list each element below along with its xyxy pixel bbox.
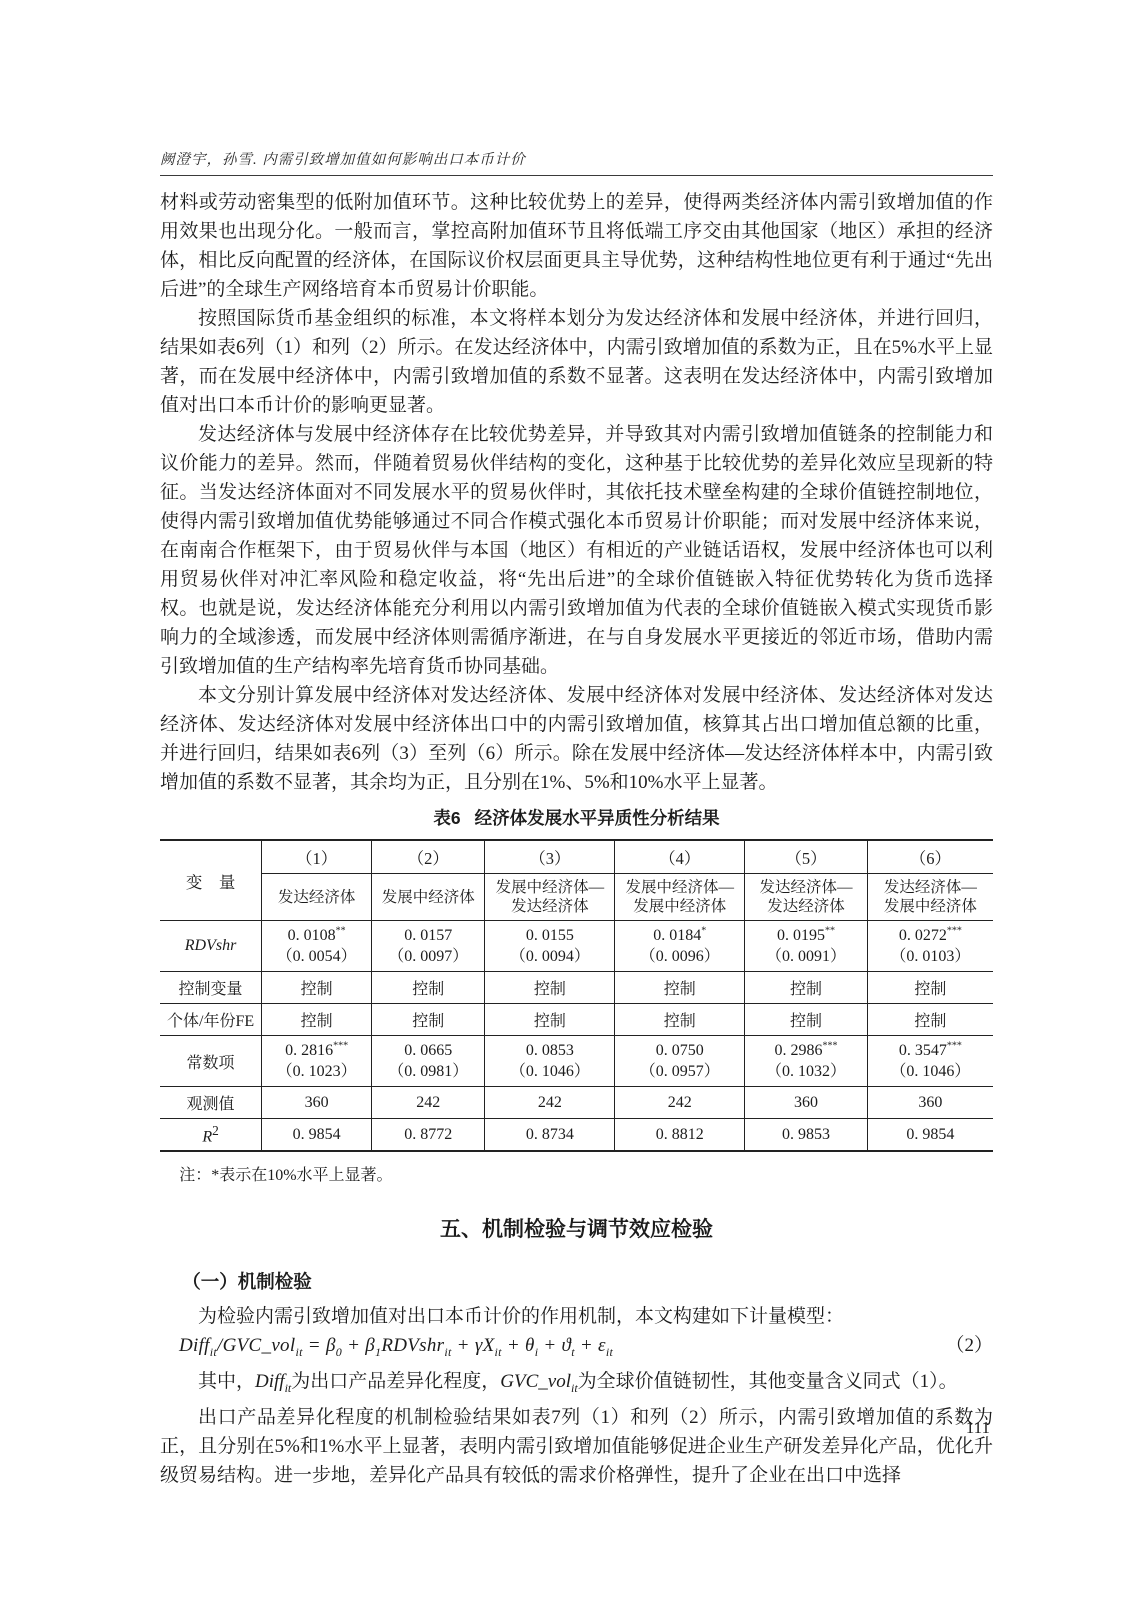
cell-obs-5: 360 bbox=[745, 1087, 867, 1119]
where-clause: 其中，Diffit为出口产品差异化程度，GVC_volit为全球价值链韧性，其他… bbox=[160, 1367, 993, 1403]
table6-col-4-label: 发展中经济体—发展中经济体 bbox=[615, 874, 745, 921]
table6-row-rdvshr: RDVshr 0. 0108**（0. 0054） 0. 0157（0. 009… bbox=[160, 921, 993, 972]
row-label-rdvshr: RDVshr bbox=[160, 921, 262, 972]
running-head: 阙澄宇，孙雪. 内需引致增加值如何影响出口本币计价 bbox=[160, 150, 993, 176]
cell-const-1: 0. 2816***（0. 1023） bbox=[262, 1036, 372, 1087]
table6-col-5-label: 发达经济体—发达经济体 bbox=[745, 874, 867, 921]
paragraph-3: 发达经济体与发展中经济体存在比较优势差异，并导致其对内需引致增加值链条的控制能力… bbox=[160, 420, 993, 681]
cell-const-3: 0. 0853（0. 1046） bbox=[485, 1036, 615, 1087]
cell-r2-5: 0. 9853 bbox=[745, 1119, 867, 1152]
running-head-text: 阙澄宇，孙雪. 内需引致增加值如何影响出口本币计价 bbox=[160, 152, 526, 168]
row-label-fe: 个体/年份FE bbox=[160, 1004, 262, 1036]
equation-2-expression: Diffit/GVC_volit = β0 + β1RDVshrit + γXi… bbox=[160, 1331, 613, 1367]
table6-row-controls: 控制变量 控制 控制 控制 控制 控制 控制 bbox=[160, 972, 993, 1004]
cell-fe-6: 控制 bbox=[867, 1004, 993, 1036]
cell-rdvshr-2: 0. 0157（0. 0097） bbox=[372, 921, 485, 972]
cell-obs-2: 242 bbox=[372, 1087, 485, 1119]
table6-col-6-num: （6） bbox=[867, 840, 993, 874]
row-label-controls: 控制变量 bbox=[160, 972, 262, 1004]
cell-ctrl-5: 控制 bbox=[745, 972, 867, 1004]
cell-fe-2: 控制 bbox=[372, 1004, 485, 1036]
page-content: 阙澄宇，孙雪. 内需引致增加值如何影响出口本币计价 材料或劳动密集型的低附加值环… bbox=[0, 0, 1140, 1490]
cell-obs-3: 242 bbox=[485, 1087, 615, 1119]
row-label-r2: R2 bbox=[160, 1119, 262, 1152]
cell-rdvshr-3: 0. 0155（0. 0094） bbox=[485, 921, 615, 972]
table6-header-row-1: 变 量 （1） （2） （3） （4） （5） （6） bbox=[160, 840, 993, 874]
table6-row-r2: R2 0. 9854 0. 8772 0. 8734 0. 8812 0. 98… bbox=[160, 1119, 993, 1152]
table6-title-text: 经济体发展水平异质性分析结果 bbox=[475, 808, 720, 828]
table6-col-1-num: （1） bbox=[262, 840, 372, 874]
cell-r2-4: 0. 8812 bbox=[615, 1119, 745, 1152]
cell-r2-3: 0. 8734 bbox=[485, 1119, 615, 1152]
row-label-observations: 观测值 bbox=[160, 1087, 262, 1119]
final-paragraph: 出口产品差异化程度的机制检验结果如表7列（1）和列（2）所示，内需引致增加值的系… bbox=[160, 1403, 993, 1490]
table6-header-row-2: 发达经济体 发展中经济体 发展中经济体—发达经济体 发展中经济体—发展中经济体 … bbox=[160, 874, 993, 921]
table6-var-header: 变 量 bbox=[160, 840, 262, 921]
journal-page: 阙澄宇，孙雪. 内需引致增加值如何影响出口本币计价 材料或劳动密集型的低附加值环… bbox=[0, 0, 1140, 1600]
cell-fe-4: 控制 bbox=[615, 1004, 745, 1036]
cell-obs-4: 242 bbox=[615, 1087, 745, 1119]
table6-col-3-num: （3） bbox=[485, 840, 615, 874]
cell-ctrl-6: 控制 bbox=[867, 972, 993, 1004]
cell-const-5: 0. 2986***（0. 1032） bbox=[745, 1036, 867, 1087]
page-number: 111 bbox=[966, 1418, 990, 1438]
paragraph-2: 按照国际货币基金组织的标准，本文将样本划分为发达经济体和发展中经济体，并进行回归… bbox=[160, 304, 993, 420]
table6-note: 注：*表示在10%水平上显著。 bbox=[160, 1162, 993, 1185]
table6-col-2-label: 发展中经济体 bbox=[372, 874, 485, 921]
table6: 变 量 （1） （2） （3） （4） （5） （6） 发达经济体 发展中经济体… bbox=[160, 839, 993, 1152]
equation-2: Diffit/GVC_volit = β0 + β1RDVshrit + γXi… bbox=[160, 1331, 993, 1367]
equation-2-number: （2） bbox=[945, 1331, 993, 1361]
paragraph-4: 本文分别计算发展中经济体对发达经济体、发展中经济体对发展中经济体、发达经济体对发… bbox=[160, 681, 993, 797]
cell-const-4: 0. 0750（0. 0957） bbox=[615, 1036, 745, 1087]
table6-row-constant: 常数项 0. 2816***（0. 1023） 0. 0665（0. 0981）… bbox=[160, 1036, 993, 1087]
cell-const-2: 0. 0665（0. 0981） bbox=[372, 1036, 485, 1087]
table6-number: 表6 bbox=[433, 808, 460, 828]
cell-ctrl-1: 控制 bbox=[262, 972, 372, 1004]
cell-rdvshr-4: 0. 0184*（0. 0096） bbox=[615, 921, 745, 972]
cell-fe-1: 控制 bbox=[262, 1004, 372, 1036]
table6-col-5-num: （5） bbox=[745, 840, 867, 874]
cell-ctrl-2: 控制 bbox=[372, 972, 485, 1004]
cell-ctrl-4: 控制 bbox=[615, 972, 745, 1004]
table6-col-3-label: 发展中经济体—发达经济体 bbox=[485, 874, 615, 921]
table6-col-6-label: 发达经济体—发展中经济体 bbox=[867, 874, 993, 921]
cell-rdvshr-6: 0. 0272***（0. 0103） bbox=[867, 921, 993, 972]
section-5-heading: 五、机制检验与调节效应检验 bbox=[160, 1213, 993, 1243]
cell-fe-3: 控制 bbox=[485, 1004, 615, 1036]
cell-r2-1: 0. 9854 bbox=[262, 1119, 372, 1152]
paragraph-1: 材料或劳动密集型的低附加值环节。这种比较优势上的差异，使得两类经济体内需引致增加… bbox=[160, 188, 993, 304]
cell-ctrl-3: 控制 bbox=[485, 972, 615, 1004]
table6-row-fe: 个体/年份FE 控制 控制 控制 控制 控制 控制 bbox=[160, 1004, 993, 1036]
table6-row-observations: 观测值 360 242 242 242 360 360 bbox=[160, 1087, 993, 1119]
table6-col-2-num: （2） bbox=[372, 840, 485, 874]
cell-obs-1: 360 bbox=[262, 1087, 372, 1119]
row-label-constant: 常数项 bbox=[160, 1036, 262, 1087]
table6-col-4-num: （4） bbox=[615, 840, 745, 874]
table6-title: 表6经济体发展水平异质性分析结果 bbox=[160, 805, 993, 830]
cell-r2-6: 0. 9854 bbox=[867, 1119, 993, 1152]
cell-fe-5: 控制 bbox=[745, 1004, 867, 1036]
subsection-1-heading: （一）机制检验 bbox=[160, 1267, 993, 1296]
cell-const-6: 0. 3547***（0. 1046） bbox=[867, 1036, 993, 1087]
cell-r2-2: 0. 8772 bbox=[372, 1119, 485, 1152]
mechanism-intro: 为检验内需引致增加值对出口本币计价的作用机制，本文构建如下计量模型： bbox=[160, 1302, 993, 1331]
cell-rdvshr-5: 0. 0195**（0. 0091） bbox=[745, 921, 867, 972]
cell-rdvshr-1: 0. 0108**（0. 0054） bbox=[262, 921, 372, 972]
cell-obs-6: 360 bbox=[867, 1087, 993, 1119]
table6-col-1-label: 发达经济体 bbox=[262, 874, 372, 921]
